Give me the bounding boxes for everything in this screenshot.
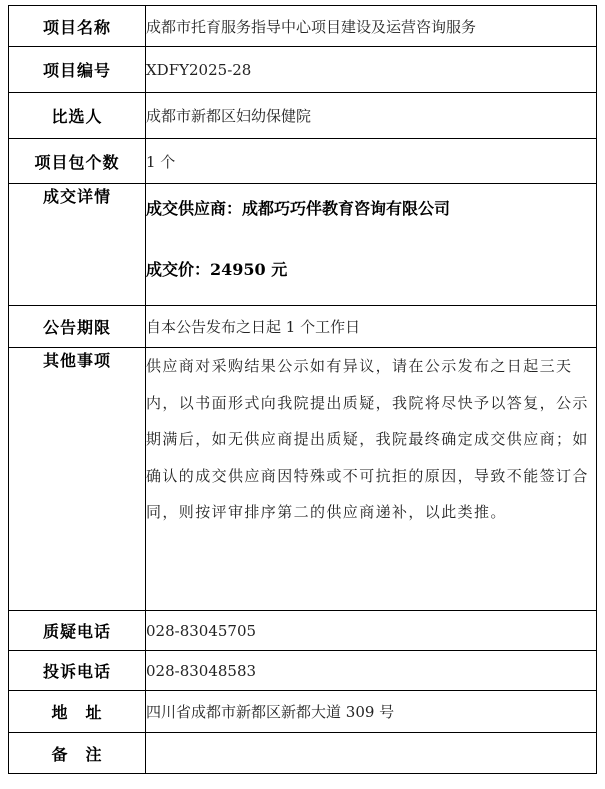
label-deal-details: 成交详情 bbox=[9, 184, 146, 306]
row-purchaser: 比选人 成都市新都区妇幼保健院 bbox=[9, 93, 597, 139]
row-deal-details: 成交详情 成交供应商：成都巧巧伴教育咨询有限公司 成交价：24950 元 bbox=[9, 184, 597, 306]
label-query-phone: 质疑电话 bbox=[9, 611, 146, 651]
row-package-count: 项目包个数 1 个 bbox=[9, 139, 597, 184]
value-notice-period: 自本公告发布之日起 1 个工作日 bbox=[146, 306, 597, 348]
value-complaint-phone: 028-83048583 bbox=[146, 651, 597, 691]
row-other-matters: 其他事项 供应商对采购结果公示如有异议，请在公示发布之日起三天内，以书面形式向我… bbox=[9, 348, 597, 611]
value-other-matters: 供应商对采购结果公示如有异议，请在公示发布之日起三天内，以书面形式向我院提出质疑… bbox=[146, 348, 597, 611]
label-complaint-phone: 投诉电话 bbox=[9, 651, 146, 691]
row-project-number: 项目编号 XDFY2025-28 bbox=[9, 47, 597, 93]
label-package-count: 项目包个数 bbox=[9, 139, 146, 184]
label-other-matters: 其他事项 bbox=[9, 348, 146, 611]
deal-price: 成交价：24950 元 bbox=[146, 257, 596, 280]
value-remarks bbox=[146, 733, 597, 774]
value-purchaser: 成都市新都区妇幼保健院 bbox=[146, 93, 597, 139]
label-project-number: 项目编号 bbox=[9, 47, 146, 93]
row-remarks: 备 注 bbox=[9, 733, 597, 774]
row-query-phone: 质疑电话 028-83045705 bbox=[9, 611, 597, 651]
award-notice-table: 项目名称 成都市托育服务指导中心项目建设及运营咨询服务 项目编号 XDFY202… bbox=[8, 5, 597, 774]
label-purchaser: 比选人 bbox=[9, 93, 146, 139]
value-package-count: 1 个 bbox=[146, 139, 597, 184]
value-query-phone: 028-83045705 bbox=[146, 611, 597, 651]
value-address: 四川省成都市新都区新都大道 309 号 bbox=[146, 691, 597, 733]
row-notice-period: 公告期限 自本公告发布之日起 1 个工作日 bbox=[9, 306, 597, 348]
value-project-name: 成都市托育服务指导中心项目建设及运营咨询服务 bbox=[146, 6, 597, 47]
value-project-number: XDFY2025-28 bbox=[146, 47, 597, 93]
label-notice-period: 公告期限 bbox=[9, 306, 146, 348]
label-remarks: 备 注 bbox=[9, 733, 146, 774]
value-deal-details: 成交供应商：成都巧巧伴教育咨询有限公司 成交价：24950 元 bbox=[146, 184, 597, 306]
deal-supplier: 成交供应商：成都巧巧伴教育咨询有限公司 bbox=[146, 196, 596, 219]
label-project-name: 项目名称 bbox=[9, 6, 146, 47]
row-complaint-phone: 投诉电话 028-83048583 bbox=[9, 651, 597, 691]
row-project-name: 项目名称 成都市托育服务指导中心项目建设及运营咨询服务 bbox=[9, 6, 597, 47]
label-address: 地 址 bbox=[9, 691, 146, 733]
row-address: 地 址 四川省成都市新都区新都大道 309 号 bbox=[9, 691, 597, 733]
